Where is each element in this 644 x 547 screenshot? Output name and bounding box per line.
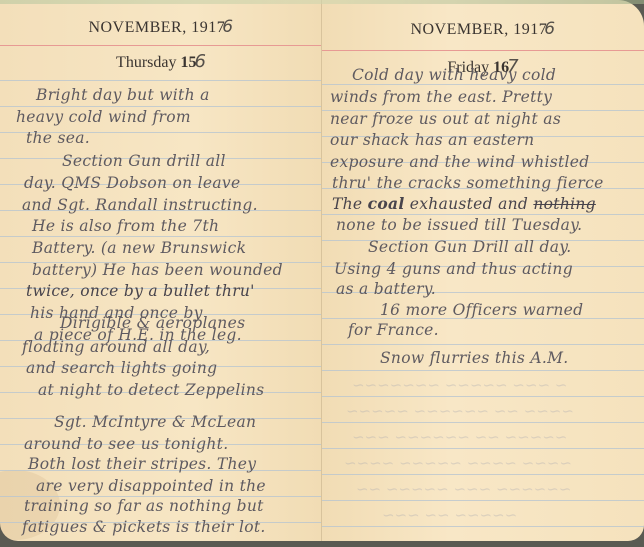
bleed-through-text: ~~~~ ~~ ~~~~~~ ~~~~~ <box>346 398 574 424</box>
coal-sentence-start: The <box>332 195 368 213</box>
entry-line: at night to detect Zeppelins <box>38 377 264 403</box>
entry-line: for France. <box>348 317 439 343</box>
right-red-rule <box>322 50 644 51</box>
entry-line: Dirigible & aeroplanes <box>60 310 245 336</box>
bold-word: coal <box>368 194 405 213</box>
page-top-edge <box>0 0 644 4</box>
left-year-correction: 6 <box>222 17 233 37</box>
left-day-correction: 6 <box>194 51 205 72</box>
left-day-name: Thursday <box>116 54 176 71</box>
bleed-through-text: ~~~~~~ ~~~ ~~~~~ ~~ <box>356 476 571 502</box>
bleed-through-text: ~~~~~ ~~ ~~~ <box>382 502 517 528</box>
entry-line: fatigues & pickets is their lot. <box>22 514 266 540</box>
bleed-through-text: ~ ~~~ ~~~~~ ~~~~~~~ <box>352 372 567 398</box>
right-year-correction: 6 <box>544 19 555 39</box>
left-page: NOVEMBER, 19176 Thursday 156 Bright day … <box>0 0 322 541</box>
left-month-header: NOVEMBER, 19176 <box>0 17 322 37</box>
right-month-header: NOVEMBER, 19176 <box>322 19 644 39</box>
coal-sentence-mid: exhausted and <box>405 195 534 213</box>
entry-line: Snow flurries this A.M. <box>380 345 569 371</box>
bleed-through-text: ~~~~ ~~~~ ~~~~~ ~~~~ <box>344 450 572 476</box>
left-day-header: Thursday 156 <box>0 51 322 72</box>
bleed-through-text: ~~~~~ ~~ ~~~~~~ ~~~ <box>352 424 567 450</box>
right-page: NOVEMBER, 19176 Friday 167 ~ ~~~ ~~~~~ ~… <box>322 0 644 541</box>
rule-line <box>0 80 322 81</box>
left-month-printed: NOVEMBER, 191 <box>88 19 216 36</box>
struck-word: nothing <box>533 195 596 213</box>
diary-spread: NOVEMBER, 19176 Thursday 156 Bright day … <box>0 0 644 543</box>
right-month-printed: NOVEMBER, 191 <box>410 21 538 38</box>
left-red-rule <box>0 45 322 46</box>
